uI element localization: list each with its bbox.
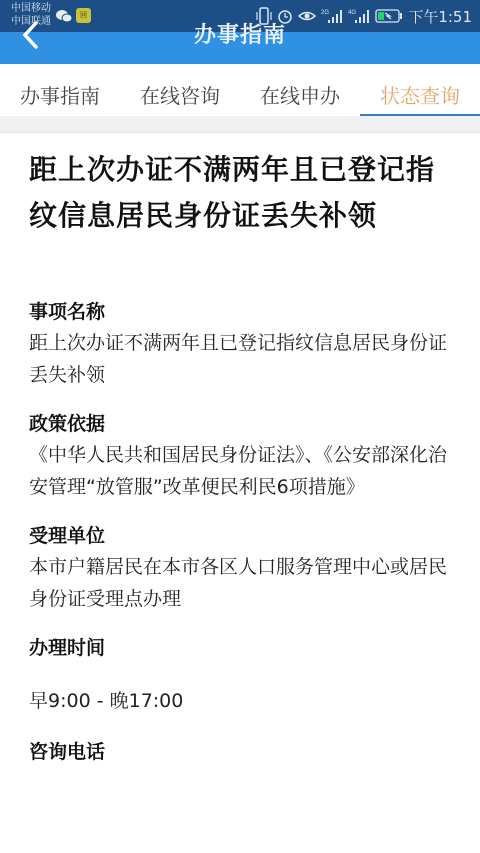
section-label: 受理单位 [29,521,459,551]
section-divider [0,116,480,133]
tab-bar: 办事指南 在线咨询 在线申办 状态查询 [0,64,480,116]
section-label: 办理时间 [29,633,459,663]
section-value: 本市户籍居民在本市各区人口服务管理中心或居民身份证受理点办理 [29,551,459,615]
section-value: 《中华人民共和国居民身份证法》、《公安部深化治安管理“放管服”改革便民利民6项措… [29,439,459,503]
carrier-1: 中国移动 [11,2,51,15]
item-title: 距上次办证不满两年且已登记指纹信息居民身份证丢失补领 [29,147,459,239]
svg-text:2G: 2G [321,10,329,16]
guide-content: 距上次办证不满两年且已登记指纹信息居民身份证丢失补领 事项名称 距上次办证不满两… [29,133,459,767]
tab-online-apply[interactable]: 在线申办 [240,64,360,116]
tab-online-consult[interactable]: 在线咨询 [120,64,240,116]
section-label: 政策依据 [29,409,459,439]
section-office-hours: 办理时间 早9:00 - 晚17:00 [29,633,459,717]
section-item-name: 事项名称 距上次办证不满两年且已登记指纹信息居民身份证丢失补领 [29,297,459,391]
tab-status-query[interactable]: 状态查询 [360,64,480,116]
page-title: 办事指南 [0,18,480,49]
svg-text:4G: 4G [348,10,356,16]
section-accepting-unit: 受理单位 本市户籍居民在本市各区人口服务管理中心或居民身份证受理点办理 [29,521,459,615]
section-value: 早9:00 - 晚17:00 [29,685,459,717]
section-label: 事项名称 [29,297,459,327]
section-consult-phone: 咨询电话 [29,737,459,767]
tab-guide[interactable]: 办事指南 [0,64,120,116]
section-label: 咨询电话 [29,737,459,767]
section-policy-basis: 政策依据 《中华人民共和国居民身份证法》、《公安部深化治安管理“放管服”改革便民… [29,409,459,503]
section-value: 距上次办证不满两年且已登记指纹信息居民身份证丢失补领 [29,327,459,391]
